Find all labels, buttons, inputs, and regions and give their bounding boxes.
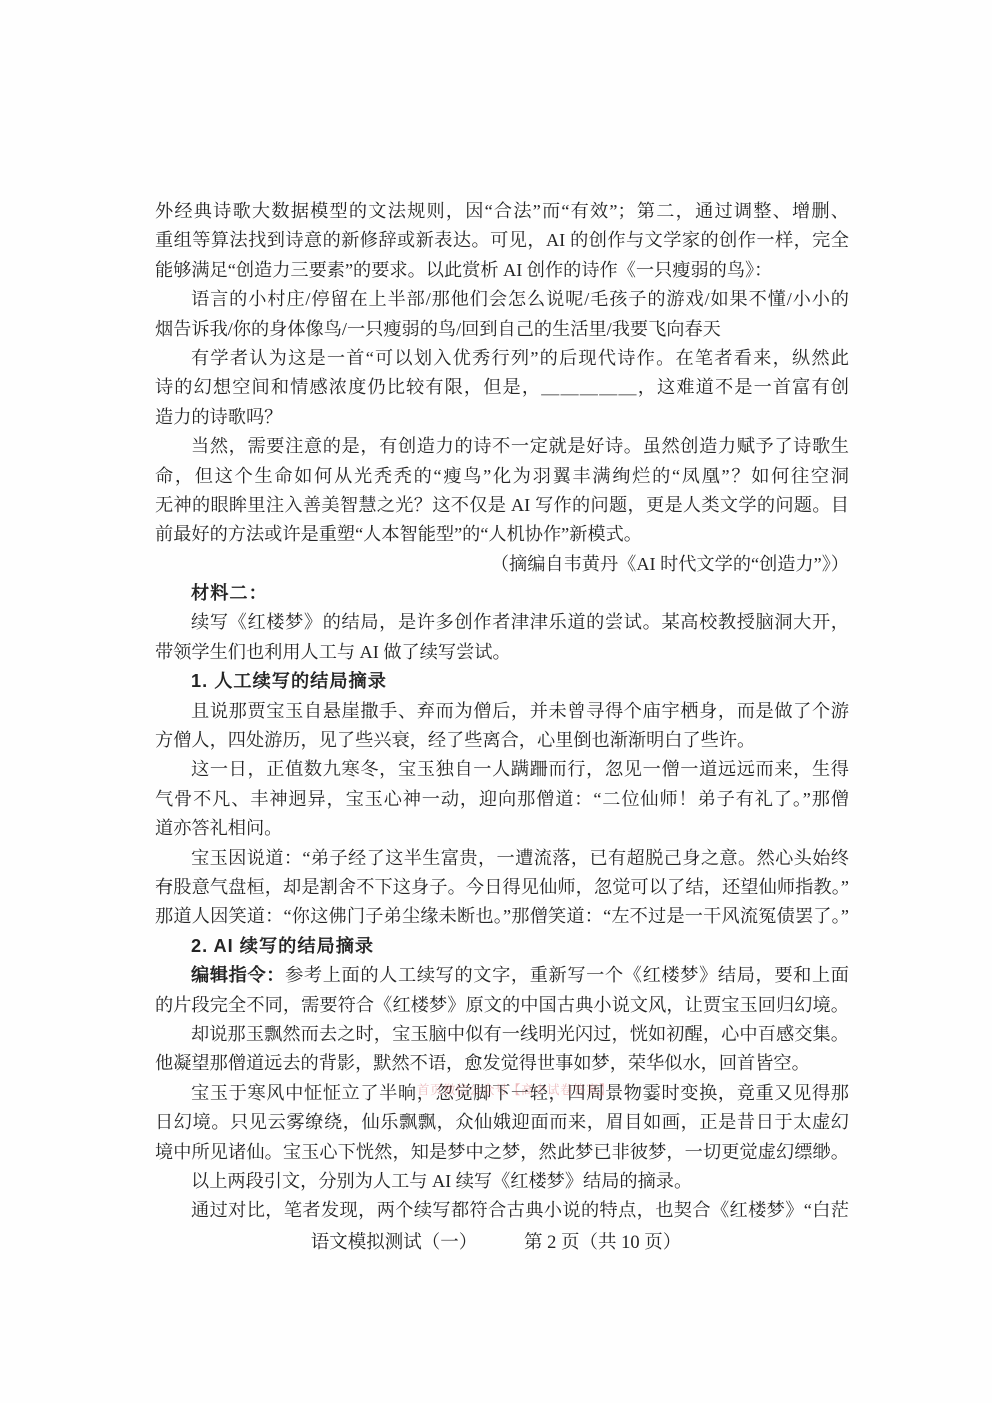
text-line: （摘编自韦黄丹《AI 时代文学的“创造力”》） (155, 550, 849, 579)
text-line: 且说那贾宝玉自悬崖撒手、弃而为僧后，并未曾寻得个庙宇栖身，而是做了个游 (155, 697, 849, 726)
page-footer: 语文模拟测试（一） 第 2 页（共 10 页） (0, 1230, 992, 1256)
text-line: 有学者认为这是一首“可以划入优秀行列”的后现代诗作。在笔者看来，纵然此 (155, 344, 849, 373)
text-line: 道亦答礼相问。 (155, 814, 849, 843)
text-line: 无神的眼眸里注入善美智慧之光？这不仅是 AI 写作的问题，更是人类文学的问题。目 (155, 491, 849, 520)
text-line: 带领学生们也利用人工与 AI 做了续写尝试。 (155, 638, 849, 667)
text-line: 方僧人，四处游历，见了些兴衰，经了些离合，心里倒也渐渐明白了些许。 (155, 726, 849, 755)
text-line: 诗的幻想空间和情感浓度仍比较有限，但是，＿＿＿＿＿，这难道不是一首富有创 (155, 373, 849, 402)
text-line: 却说那玉飘然而去之时，宝玉脑中似有一线明光闪过，恍如初醒，心中百感交集。 (155, 1020, 849, 1049)
text-line: 宝玉因说道：“弟子经了这半生富贵，一遭流落，已有超脱己身之意。然心头始终有 (155, 844, 849, 873)
footer-page-number: 第 2 页（共 10 页） (524, 1230, 681, 1256)
text-line: 以上两段引文，分别为人工与 AI 续写《红楼梦》结局的摘录。 (155, 1167, 849, 1196)
footer-test-title: 语文模拟测试（一） (311, 1230, 478, 1256)
text-line: 这一日，正值数九寒冬，宝玉独自一人蹒跚而行，忽见一僧一道远远而来，生得 (155, 755, 849, 784)
text-line: 续写《红楼梦》的结局，是许多创作者津津乐道的尝试。某高校教授脑洞大开， (155, 608, 849, 637)
text-line: 烟告诉我/你的身体像鸟/一只瘦弱的鸟/回到自己的生活里/我要飞向春天 (155, 315, 849, 344)
text-line: 前最好的方法或许是重塑“人本智能型”的“人机协作”新模式。 (155, 520, 849, 549)
document-page: 外经典诗歌大数据模型的文法规则，因“合法”而“有效”；第二，通过调整、增删、重组… (0, 0, 992, 1403)
line-lead-label: 编辑指令： (191, 965, 285, 985)
text-line: 的片段完全不同，需要符合《红楼梦》原文的中国古典小说文风，让贾宝玉回归幻境。 (155, 991, 849, 1020)
text-line: 外经典诗歌大数据模型的文法规则，因“合法”而“有效”；第二，通过调整、增删、 (155, 197, 849, 226)
text-line: 重组等算法找到诗意的新修辞或新表达。可见，AI 的创作与文学家的创作一样，完全 (155, 226, 849, 255)
text-line: 语言的小村庄/停留在上半部/那他们会怎么说呢/毛孩子的游戏/如果不懂/小小的 (155, 285, 849, 314)
text-line: 他凝望那僧道远去的背影，默然不语，愈发觉得世事如梦，荣华似水，回首皆空。 (155, 1049, 849, 1078)
text-line: 境中所见诸仙。宝玉心下恍然，知是梦中之梦，然此梦已非彼梦，一切更觉虚幻缥缈。 (155, 1138, 849, 1167)
text-line: 宝玉于寒风中怔怔立了半晌，忽觉脚下一轻，四周景物霎时变换，竟重又见得那 (155, 1079, 849, 1108)
text-block: 外经典诗歌大数据模型的文法规则，因“合法”而“有效”；第二，通过调整、增删、重组… (155, 197, 849, 1226)
text-line: 材料二： (155, 579, 849, 608)
text-line: 编辑指令：参考上面的人工续写的文字，重新写一个《红楼梦》结局，要和上面 (155, 961, 849, 990)
text-line: 1. 人工续写的结局摘录 (155, 667, 849, 696)
text-line: 当然，需要注意的是，有创造力的诗不一定就是好诗。虽然创造力赋予了诗歌生 (155, 432, 849, 461)
text-line: 命，但这个生命如何从光秃秃的“瘦鸟”化为羽翼丰满绚烂的“凤凰”？如何往空洞 (155, 462, 849, 491)
text-line: 气骨不凡、丰神迥异，宝玉心神一动，迎向那僧道：“二位仙师！弟子有礼了。”那僧 (155, 785, 849, 814)
text-line: 2. AI 续写的结局摘录 (155, 932, 849, 961)
text-line: 能够满足“创造力三要素”的要求。以此赏析 AI 创作的诗作《一只瘦弱的鸟》： (155, 256, 849, 285)
text-line: 一股意气盘桓，却是割舍不下这身子。今日得见仙师，忽觉可以了结，还望仙师指教。” (155, 873, 849, 902)
text-line: 通过对比，笔者发现，两个续写都符合古典小说的特点，也契合《红楼梦》“白茫 (155, 1196, 849, 1225)
text-line: 造力的诗歌吗？ (155, 403, 849, 432)
text-line: 那道人因笑道：“你这佛门子弟尘缘未断也。”那僧笑道：“左不过是一干风流冤债罢了。… (155, 902, 849, 931)
text-line: 日幻境。只见云雾缭绕，仙乐飘飘，众仙娥迎面而来，眉目如画，正是昔日于太虚幻 (155, 1108, 849, 1137)
